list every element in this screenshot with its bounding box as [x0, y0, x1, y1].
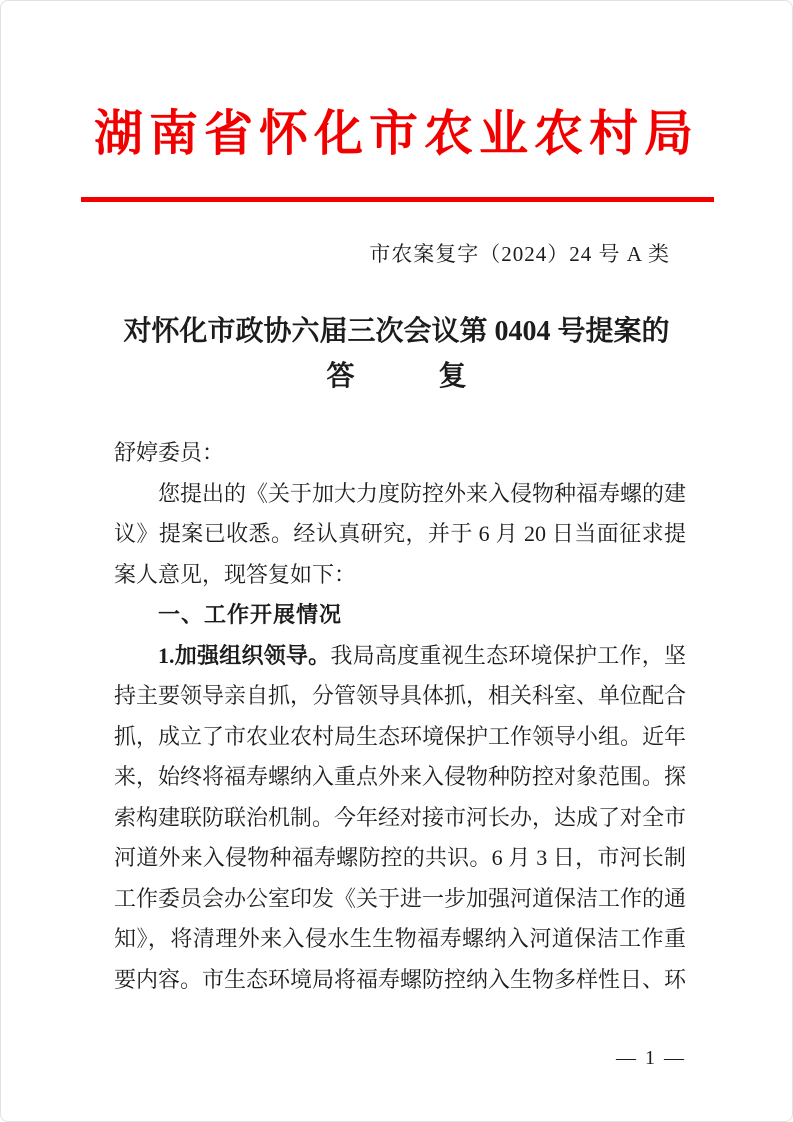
body-text-line: 抓，成立了市农业农村局生态环境保护工作领导小组。近年: [114, 717, 686, 758]
body-text-line: 1.加强组织领导。我局高度重视生态环境保护工作，坚: [114, 636, 686, 677]
body-text-line: 来，始终将福寿螺纳入重点外来入侵物种防控对象范围。探: [114, 757, 686, 798]
body-text-line: 您提出的《关于加大力度防控外来入侵物种福寿螺的建: [114, 474, 686, 515]
body-section-heading: 一、工作开展情况: [114, 595, 686, 636]
body-bold-lead: 1.加强组织领导。: [158, 643, 330, 668]
document-body: 舒婷委员：您提出的《关于加大力度防控外来入侵物种福寿螺的建议》提案已收悉。经认真…: [114, 433, 686, 1000]
document-number: 市农案复字（2024）24 号 A 类: [369, 238, 670, 268]
document-title: 对怀化市政协六届三次会议第 0404 号提案的答 复: [1, 309, 792, 399]
document-title-line1: 对怀化市政协六届三次会议第 0404 号提案的: [123, 316, 669, 347]
body-text-line: 河道外来入侵物种福寿螺防控的共识。6 月 3 日，市河长制: [114, 838, 686, 879]
body-text-line: 工作委员会办公室印发《关于进一步加强河道保洁工作的通: [114, 879, 686, 920]
page-number: — 1 —: [616, 1047, 686, 1070]
body-text-line: 要内容。市生态环境局将福寿螺防控纳入生物多样性日、环: [114, 960, 686, 1001]
body-text-line: 索构建联防联治机制。今年经对接市河长办，达成了对全市: [114, 798, 686, 839]
body-text-line: 知》，将清理外来入侵水生生物福寿螺纳入河道保洁工作重: [114, 919, 686, 960]
body-text-line: 舒婷委员：: [114, 433, 686, 474]
body-text-line: 持主要领导亲自抓，分管领导具体抓，相关科室、单位配合: [114, 676, 686, 717]
letterhead-title: 湖南省怀化市农业农村局: [1, 105, 792, 164]
document-title-line2: 答 复: [326, 361, 466, 392]
letterhead-divider-rule: [81, 197, 714, 202]
document-page: 湖南省怀化市农业农村局 市农案复字（2024）24 号 A 类 对怀化市政协六届…: [0, 0, 793, 1122]
body-text-line: 议》提案已收悉。经认真研究，并于 6 月 20 日当面征求提: [114, 514, 686, 555]
body-text-line: 案人意见，现答复如下：: [114, 555, 686, 596]
